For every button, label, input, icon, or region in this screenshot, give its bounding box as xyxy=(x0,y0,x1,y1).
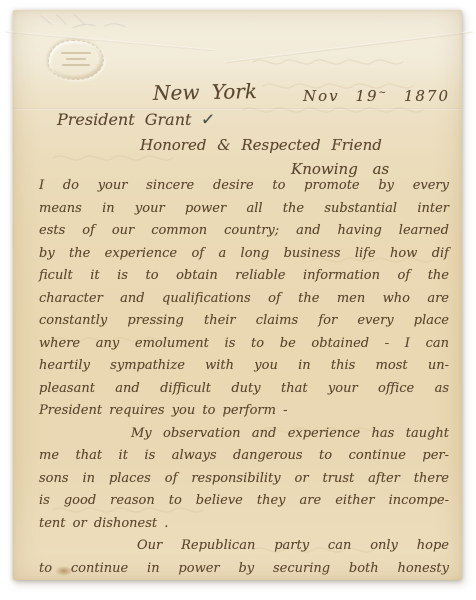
body-line: Our Republican party can only hope xyxy=(39,535,449,558)
body-line: tent or dishonest . xyxy=(39,513,449,536)
body-line: me that it is always dangerous to contin… xyxy=(39,445,449,468)
dateline-day-mark: ~ xyxy=(379,88,389,98)
body-line: heartily sympathize with you in this mos… xyxy=(39,355,449,378)
letter-scan: New York Nov 19~ 1870 President Grant✓ H… xyxy=(13,10,462,580)
body-line: is good reason to believe they are eithe… xyxy=(39,490,449,513)
body-line: ests of our common country; and having l… xyxy=(39,220,449,243)
body-line: where any emolument is to be obtained - … xyxy=(39,333,449,356)
body-line: My observation and experience has taught xyxy=(39,423,449,446)
body-line: President requires you to perform - xyxy=(39,400,449,423)
embossed-stationer-seal-icon xyxy=(48,40,104,80)
body-line: I do your sincere desire to promote by e… xyxy=(39,175,449,198)
checkmark-icon: ✓ xyxy=(201,110,217,131)
body-line: constantly pressing their claims for eve… xyxy=(39,310,449,333)
body-line: sons in places of responsibility or trus… xyxy=(39,468,449,491)
fold-crease-top-right xyxy=(225,31,473,63)
body-line: means in your power all the substantial … xyxy=(39,198,449,221)
addressee-line: President Grant✓ xyxy=(57,110,216,130)
seal-text-line xyxy=(66,58,86,60)
body-line: to continue in power by securing both ho… xyxy=(39,558,449,581)
dateline-day: Nov 19 xyxy=(303,87,379,105)
addressee: President Grant xyxy=(57,110,191,129)
letter-body: I do your sincere desire to promote by e… xyxy=(39,175,449,580)
body-line: by the experience of a long business lif… xyxy=(39,243,449,266)
body-line: character and qualifications of the men … xyxy=(39,288,449,311)
body-line: ficult it is to obtain reliable informat… xyxy=(39,265,449,288)
pencil-marks xyxy=(41,14,84,24)
pencil-marks xyxy=(73,24,125,28)
dateline-year: 1870 xyxy=(404,87,450,105)
fold-crease-top-left xyxy=(5,31,214,51)
body-line: pleasant and difficult duty that your of… xyxy=(39,378,449,401)
dateline-place: New York xyxy=(153,79,257,105)
salutation: Honored & Respected Friend xyxy=(140,136,382,154)
seal-text-line xyxy=(62,64,90,66)
dateline-date: Nov 19~ 1870 xyxy=(303,87,450,105)
seal-text-line xyxy=(61,52,91,54)
